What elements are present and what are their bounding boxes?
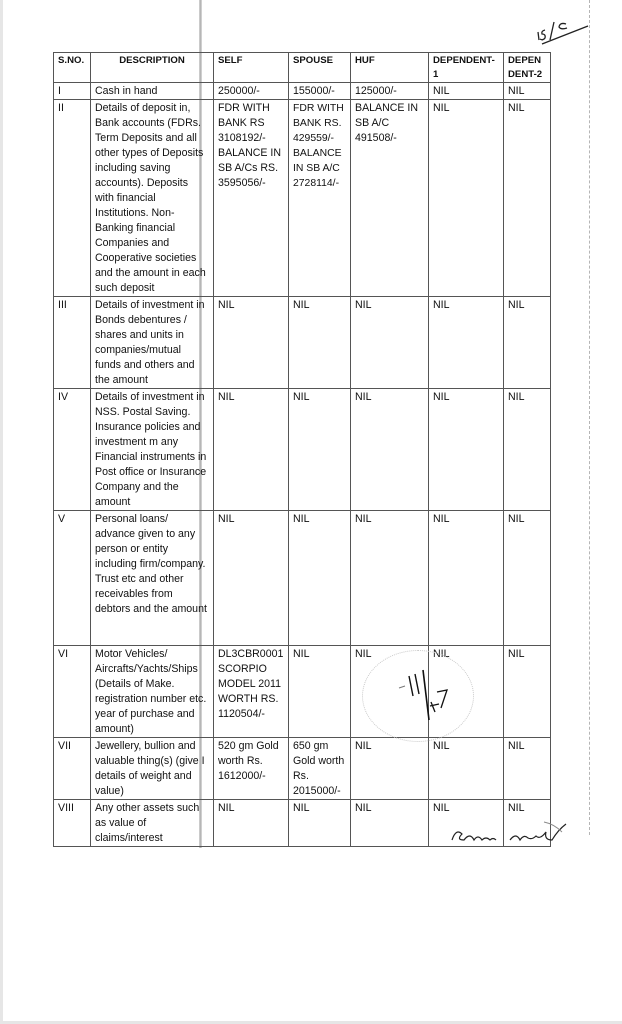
cell-description: Motor Vehicles/ Aircrafts/Yachts/Ships (… [91, 646, 214, 738]
cell-spouse: 650 gm Gold worth Rs. 2015000/- [289, 738, 351, 800]
cell-self: NIL [214, 389, 289, 511]
header-dependent-1: DEPENDENT-1 [429, 53, 504, 83]
cell-huf: NIL [351, 297, 429, 389]
cell-dependent-2: NIL [504, 646, 551, 738]
cell-sno: VI [54, 646, 91, 738]
cell-description: Jewellery, bullion and valuable thing(s)… [91, 738, 214, 800]
cell-sno: III [54, 297, 91, 389]
table-header-row: S.NO. DESCRIPTION SELF SPOUSE HUF DEPEND… [54, 53, 551, 83]
signature: handwritten signature [448, 818, 578, 848]
assets-declaration-table: S.NO. DESCRIPTION SELF SPOUSE HUF DEPEND… [53, 52, 551, 847]
cell-description: Cash in hand [91, 83, 214, 100]
cell-description: Personal loans/ advance given to any per… [91, 511, 214, 646]
cell-spouse: NIL [289, 800, 351, 847]
cell-dependent-1: NIL [429, 100, 504, 297]
page-edge [0, 0, 3, 1024]
cell-dependent-1: NIL [429, 738, 504, 800]
cell-spouse: NIL [289, 646, 351, 738]
header-sno: S.NO. [54, 53, 91, 83]
cell-huf: 125000/- [351, 83, 429, 100]
cell-dependent-1: NIL [429, 511, 504, 646]
cell-sno: VII [54, 738, 91, 800]
cell-description: Details of deposit in, Bank accounts (FD… [91, 100, 214, 297]
cell-sno: II [54, 100, 91, 297]
header-dependent-2: DEPENDENT-2 [504, 53, 551, 83]
header-huf: HUF [351, 53, 429, 83]
cell-dependent-2: NIL [504, 389, 551, 511]
cell-dependent-2: NIL [504, 83, 551, 100]
cell-self: FDR WITH BANK RS 3108192/- BALANCE IN SB… [214, 100, 289, 297]
cell-description: Details of investment in Bonds debenture… [91, 297, 214, 389]
cell-description: Details of investment in NSS. Postal Sav… [91, 389, 214, 511]
cell-self: DL3CBR0001 SCORPIO MODEL 2011 WORTH RS. … [214, 646, 289, 738]
handwritten-page-number: 15/c [532, 10, 592, 46]
margin-line [589, 0, 590, 835]
header-spouse: SPOUSE [289, 53, 351, 83]
cell-dependent-2: NIL [504, 100, 551, 297]
handwritten-initials: 11/7 [395, 668, 455, 728]
cell-dependent-2: NIL [504, 738, 551, 800]
cell-huf: NIL [351, 800, 429, 847]
cell-dependent-2: NIL [504, 297, 551, 389]
header-self: SELF [214, 53, 289, 83]
cell-self: NIL [214, 511, 289, 646]
cell-dependent-2: NIL [504, 511, 551, 646]
cell-dependent-1: NIL [429, 389, 504, 511]
table-row: V Personal loans/ advance given to any p… [54, 511, 551, 646]
cell-sno: I [54, 83, 91, 100]
table-row: IV Details of investment in NSS. Postal … [54, 389, 551, 511]
cell-self: 520 gm Gold worth Rs. 1612000/- [214, 738, 289, 800]
cell-spouse: FDR WITH BANK RS. 429559/- BALANCE IN SB… [289, 100, 351, 297]
cell-huf: NIL [351, 511, 429, 646]
cell-spouse: NIL [289, 389, 351, 511]
table-row: VI Motor Vehicles/ Aircrafts/Yachts/Ship… [54, 646, 551, 738]
cell-spouse: 155000/- [289, 83, 351, 100]
table-row: II Details of deposit in, Bank accounts … [54, 100, 551, 297]
cell-dependent-1: NIL [429, 83, 504, 100]
cell-self: NIL [214, 297, 289, 389]
cell-self: NIL [214, 800, 289, 847]
table-row: I Cash in hand 250000/- 155000/- 125000/… [54, 83, 551, 100]
cell-spouse: NIL [289, 297, 351, 389]
table-row: III Details of investment in Bonds deben… [54, 297, 551, 389]
table-row: VII Jewellery, bullion and valuable thin… [54, 738, 551, 800]
cell-description: Any other assets such as value of claims… [91, 800, 214, 847]
cell-huf: BALANCE IN SB A/C 491508/- [351, 100, 429, 297]
header-description: DESCRIPTION [91, 53, 214, 83]
cell-sno: IV [54, 389, 91, 511]
cell-huf: NIL [351, 738, 429, 800]
cell-huf: NIL [351, 389, 429, 511]
cell-self: 250000/- [214, 83, 289, 100]
cell-dependent-1: NIL [429, 297, 504, 389]
cell-spouse: NIL [289, 511, 351, 646]
cell-sno: V [54, 511, 91, 646]
cell-sno: VIII [54, 800, 91, 847]
